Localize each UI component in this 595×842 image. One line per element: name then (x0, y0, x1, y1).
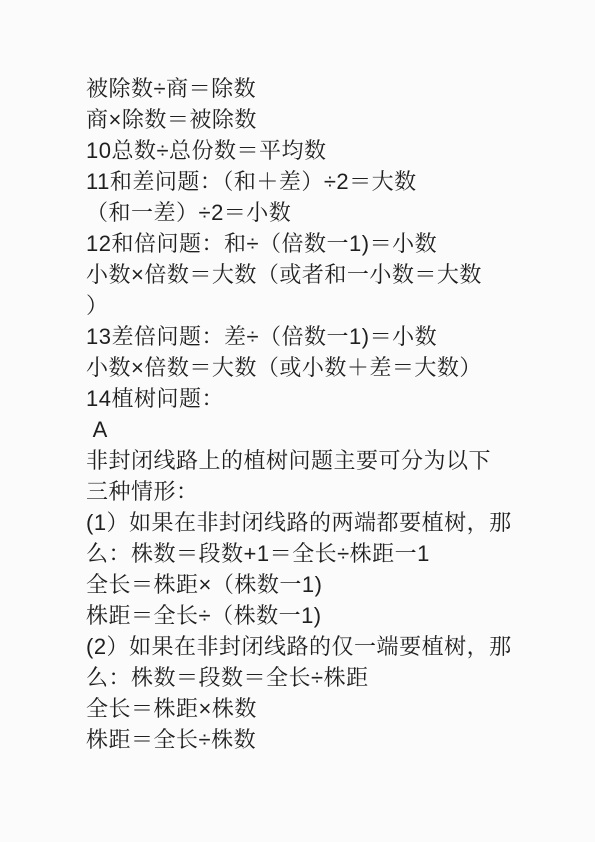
text-line: 被除数÷商＝除数 (86, 73, 539, 104)
text-line: 全长＝株距×（株数一1) (86, 569, 539, 600)
text-line: （和一差）÷2＝小数 (86, 197, 539, 228)
text-line: 株距＝全长÷（株数一1) (86, 600, 539, 631)
text-line: 10总数÷总份数＝平均数 (86, 135, 539, 166)
text-line: 小数×倍数＝大数（或者和一小数＝大数 (86, 259, 539, 290)
text-line: ） (86, 290, 539, 321)
text-line: 三种情形： (86, 476, 539, 507)
text-line: 么：株数＝段数+1＝全长÷株距一1 (86, 538, 539, 569)
text-line: 12和倍问题：和÷（倍数一1)＝小数 (86, 228, 539, 259)
text-line: 13差倍问题：差÷（倍数一1)＝小数 (86, 321, 539, 352)
text-line: 商×除数＝被除数 (86, 104, 539, 135)
text-line: (1）如果在非封闭线路的两端都要植树，那 (86, 507, 539, 538)
text-line: 小数×倍数＝大数（或小数＋差＝大数） (86, 352, 539, 383)
document-page: 被除数÷商＝除数 商×除数＝被除数 10总数÷总份数＝平均数 11和差问题：（和… (0, 0, 595, 842)
text-line: 株距＝全长÷株数 (86, 724, 539, 755)
text-line: A (86, 414, 539, 445)
text-line: 11和差问题：（和＋差）÷2＝大数 (86, 166, 539, 197)
text-line: 非封闭线路上的植树问题主要可分为以下 (86, 445, 539, 476)
text-line: 全长＝株距×株数 (86, 693, 539, 724)
text-line: (2）如果在非封闭线路的仅一端要植树，那 (86, 631, 539, 662)
text-line: 14植树问题： (86, 383, 539, 414)
formula-text-block: 被除数÷商＝除数 商×除数＝被除数 10总数÷总份数＝平均数 11和差问题：（和… (86, 73, 539, 755)
text-line: 么：株数＝段数＝全长÷株距 (86, 662, 539, 693)
